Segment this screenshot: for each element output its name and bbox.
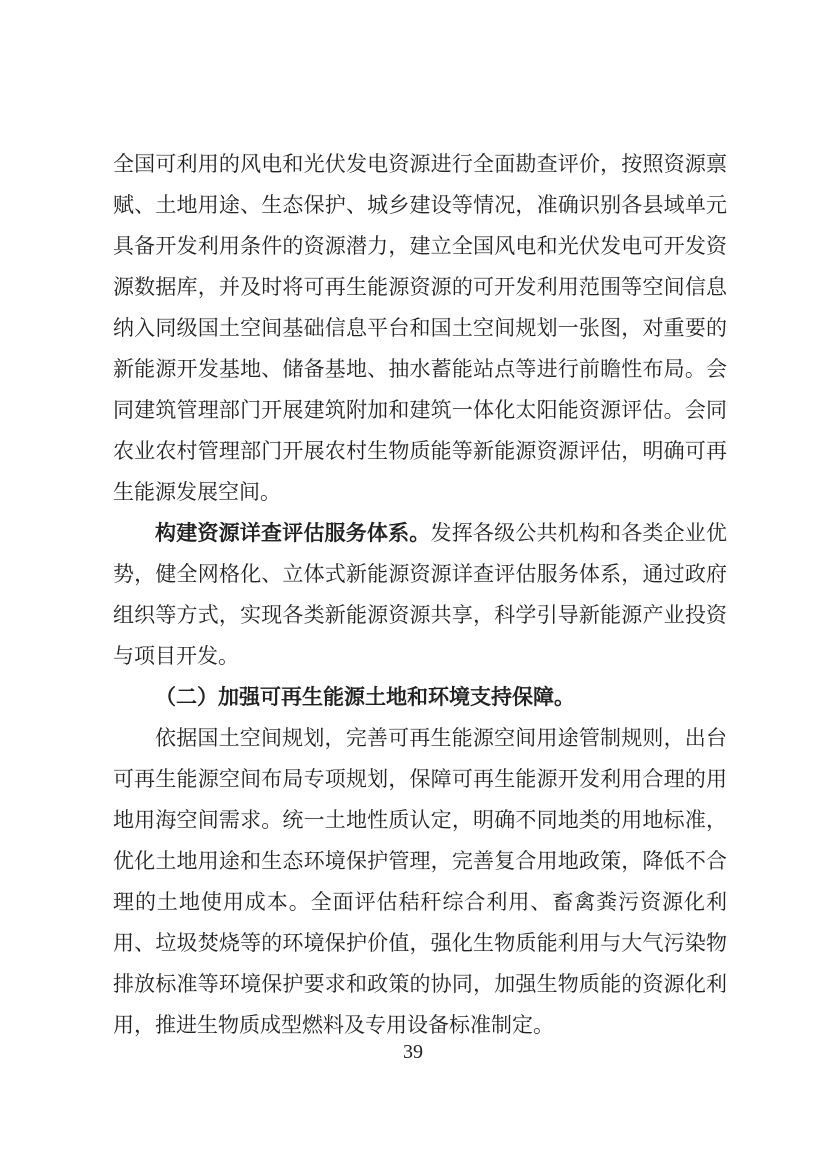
page-number: 39 [0, 1038, 826, 1066]
paragraph-resource-survey: 全国可利用的风电和光伏发电资源进行全面勘查评价，按照资源禀赋、土地用途、生态保护… [113, 144, 727, 513]
paragraph-land-environment: 依据国土空间规划，完善可再生能源空间用途管制规则，出台可再生能源空间布局专项规划… [113, 718, 727, 1046]
paragraph-service-system: 构建资源详查评估服务体系。发挥各级公共机构和各类企业优势，健全网格化、立体式新能… [113, 513, 727, 677]
paragraph-land-environment-text: 依据国土空间规划，完善可再生能源空间用途管制规则，出台可再生能源空间布局专项规划… [113, 726, 727, 1037]
paragraph-resource-survey-text: 全国可利用的风电和光伏发电资源进行全面勘查评价，按照资源禀赋、土地用途、生态保护… [113, 152, 727, 504]
paragraph-service-system-lead: 构建资源详查评估服务体系。 [155, 521, 431, 545]
section-heading-text: （二）加强可再生能源土地和环境支持保障。 [155, 685, 575, 709]
section-heading: （二）加强可再生能源土地和环境支持保障。 [113, 677, 727, 718]
document-body: 全国可利用的风电和光伏发电资源进行全面勘查评价，按照资源禀赋、土地用途、生态保护… [113, 144, 727, 1046]
document-page: 全国可利用的风电和光伏发电资源进行全面勘查评价，按照资源禀赋、土地用途、生态保护… [0, 0, 826, 1169]
